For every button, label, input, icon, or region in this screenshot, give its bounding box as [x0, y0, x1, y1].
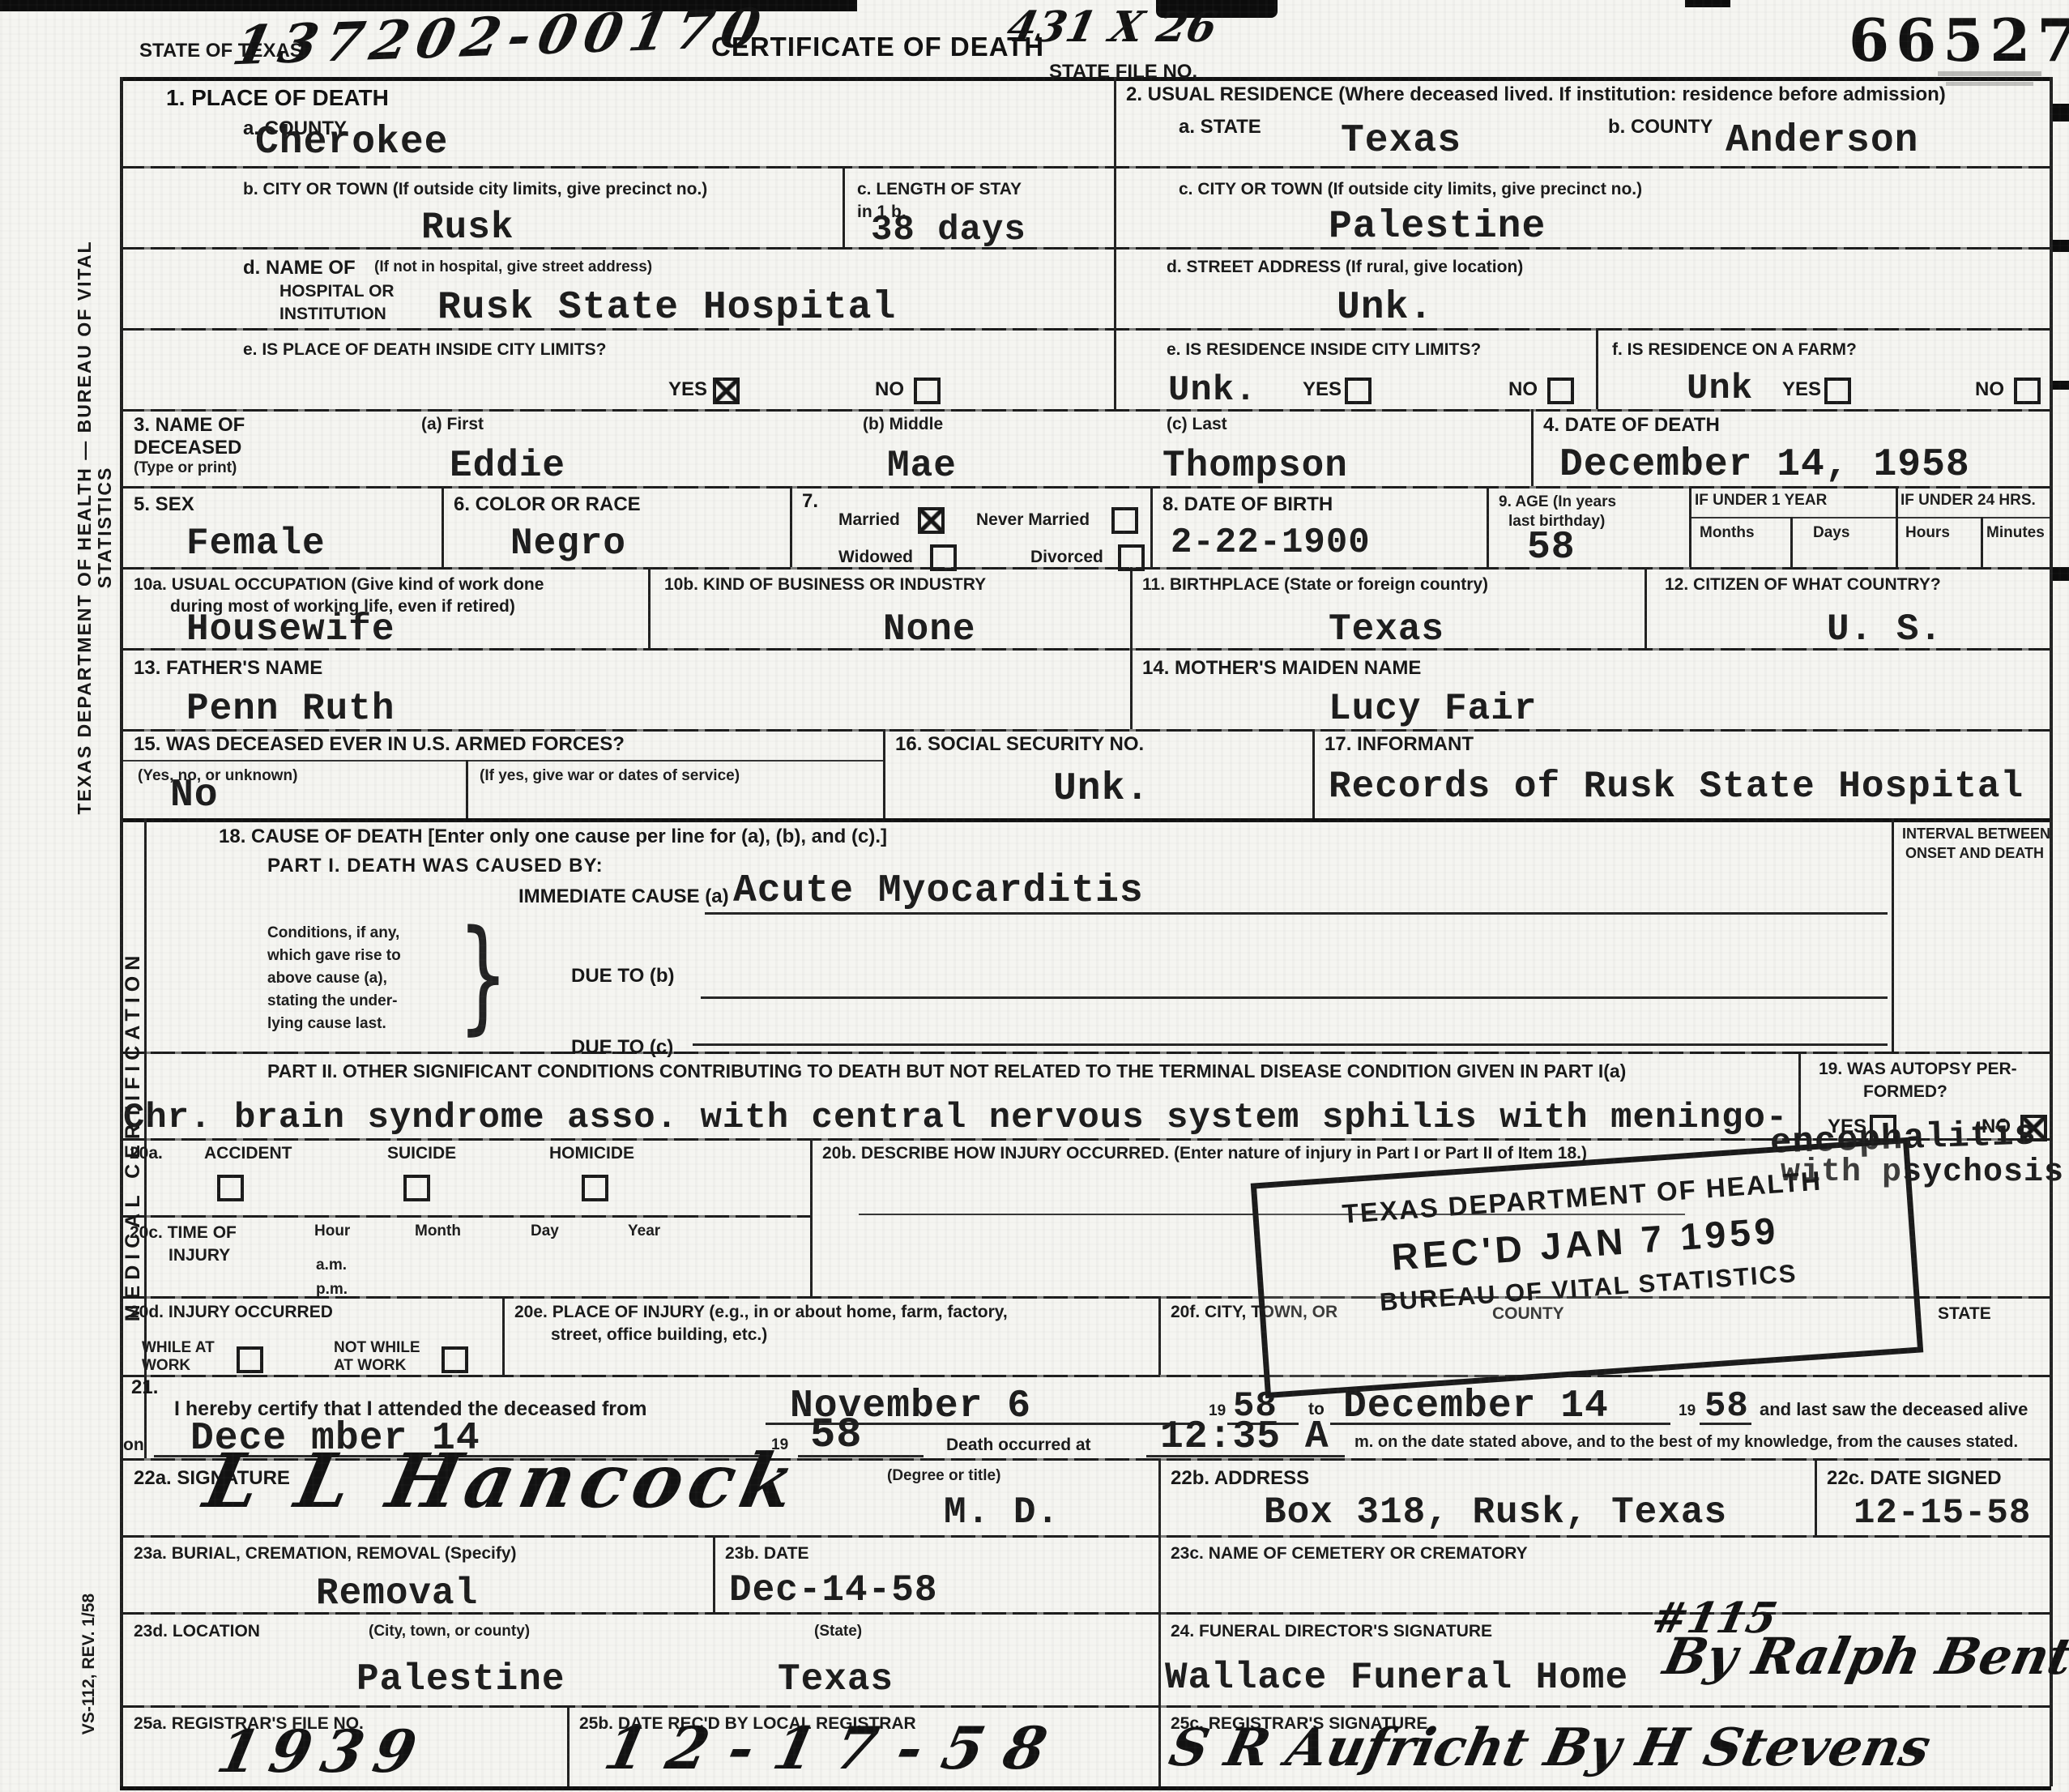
rule: [1645, 567, 1647, 648]
checkbox-not-while-at-work: [442, 1346, 468, 1373]
rule: [1596, 328, 1598, 409]
death-certificate-scan: STATE OF TEXAS 137202-00170 CERTIFICATE …: [0, 0, 2069, 1792]
scan-artifact-right-edge: [2053, 240, 2069, 252]
scan-artifact-smudge: [1946, 82, 2033, 86]
funeral-director-label: 24. FUNERAL DIRECTOR'S SIGNATURE: [1171, 1622, 1492, 1641]
date-signed-value: 12-15-58: [1854, 1495, 2031, 1531]
city-or-town-label: b. CITY OR TOWN (If outside city limits,…: [243, 180, 707, 198]
county-value: Cherokee: [255, 123, 448, 162]
burial-location-sub2: (State): [814, 1623, 862, 1640]
months-label: Months: [1700, 525, 1755, 541]
widowed-label: Widowed: [838, 548, 913, 566]
married-label: Married: [838, 510, 900, 529]
rule: [1531, 409, 1534, 486]
rule: [648, 567, 651, 648]
rule: [120, 818, 2051, 822]
marital-status-label: 7.: [802, 491, 818, 512]
injury-state-label: STATE: [1938, 1304, 1991, 1323]
date-signed-label: 22c. DATE SIGNED: [1827, 1468, 2002, 1489]
rule: [1896, 486, 1898, 567]
physician-signature-script: L L Hancock: [198, 1444, 808, 1518]
due-b-writing-line: [701, 996, 1888, 999]
describe-injury-label: 20b. DESCRIBE HOW INJURY OCCURRED. (Ente…: [822, 1144, 1587, 1163]
am-label: a.m.: [316, 1257, 347, 1274]
residence-city-limits-label: e. IS RESIDENCE INSIDE CITY LIMITS?: [1167, 340, 1481, 359]
part2-value-line1: Chr. brain syndrome asso. with central n…: [123, 1100, 1788, 1136]
scan-artifact-right-edge: [2053, 381, 2069, 390]
checkbox-farm-yes: [1824, 378, 1851, 404]
rule: [120, 1375, 2051, 1377]
rule: [120, 1052, 2051, 1054]
checkbox-homicide: [582, 1175, 608, 1201]
mothers-maiden-name-label: 14. MOTHER'S MAIDEN NAME: [1142, 658, 1421, 679]
rule: [1790, 517, 1793, 567]
scan-artifact-right-edge: [2053, 567, 2069, 581]
first-name-label: (a) First: [421, 415, 484, 433]
last-name-label: (c) Last: [1167, 415, 1227, 433]
certify-text-3: m. on the date stated above, and to the …: [1354, 1434, 2018, 1451]
social-security-value: Unk.: [1053, 770, 1150, 809]
farm-no-label: NO: [1975, 379, 2004, 400]
business-industry-value: None: [883, 611, 975, 648]
part2-label: PART II. OTHER SIGNIFICANT CONDITIONS CO…: [267, 1061, 1626, 1082]
part1-label: PART I. DEATH WAS CAUSED BY:: [267, 855, 604, 877]
place-city-limits-label: e. IS PLACE OF DEATH INSIDE CITY LIMITS?: [243, 340, 606, 359]
age-value: 58: [1527, 528, 1576, 567]
city-or-town-value: Rusk: [421, 209, 514, 246]
degree-or-title-label: (Degree or title): [887, 1468, 1000, 1484]
birthplace-value: Texas: [1329, 611, 1444, 648]
never-married-label: Never Married: [976, 510, 1090, 529]
handwritten-certificate-number: 137202-00170: [228, 1, 773, 73]
residence-county-label: b. COUNTY: [1608, 117, 1713, 138]
armed-forces-label: 15. WAS DECEASED EVER IN U.S. ARMED FORC…: [134, 734, 625, 755]
rule: [1815, 1458, 1817, 1535]
death-time-value: 12:35 A: [1160, 1418, 1329, 1457]
last-seen-year: 58: [810, 1414, 862, 1457]
received-stamp: TEXAS DEPARTMENT OF HEALTH REC'D JAN 7 1…: [1251, 1137, 1924, 1398]
street-address-label: d. STREET ADDRESS (If rural, give locati…: [1167, 258, 1523, 276]
rule: [1158, 1458, 1161, 1535]
residence-city-value: Palestine: [1329, 207, 1546, 246]
name-of-deceased-label: 3. NAME OF: [134, 415, 245, 436]
informant-label: 17. INFORMANT: [1325, 734, 1474, 755]
date-of-death-value: December 14, 1958: [1559, 446, 1970, 484]
physician-address-value: Box 318, Rusk, Texas: [1264, 1494, 1727, 1531]
conditions-note-line: which gave rise to: [267, 948, 401, 964]
checkbox-accident: [217, 1175, 244, 1201]
rule: [502, 1296, 505, 1375]
interval-label2: ONSET AND DEATH: [1905, 846, 2044, 861]
rule: [120, 760, 883, 762]
rule: [2050, 77, 2053, 1786]
checkbox-married-checked: [918, 507, 945, 534]
rule: [1158, 1535, 1161, 1612]
while-at-work-label: WHILE AT: [142, 1340, 215, 1356]
year-prefix: 19: [1679, 1403, 1696, 1419]
birthplace-label: 11. BIRTHPLACE (State or foreign country…: [1142, 575, 1488, 594]
fathers-name-label: 13. FATHER'S NAME: [134, 658, 322, 679]
burial-location-state: Texas: [778, 1661, 894, 1698]
degree-value: M. D.: [944, 1494, 1060, 1531]
residence-limits-no-label: NO: [1508, 379, 1538, 400]
interval-label: INTERVAL BETWEEN: [1902, 826, 2050, 842]
conditions-note-line: Conditions, if any,: [267, 925, 399, 941]
if-under-1-year-label: IF UNDER 1 YEAR: [1695, 493, 1827, 509]
rule: [1158, 1612, 1161, 1705]
cause-of-death-label: 18. CAUSE OF DEATH [Enter only one cause…: [219, 826, 887, 847]
rule: [810, 1138, 813, 1296]
physician-address-label: 22b. ADDRESS: [1171, 1468, 1309, 1489]
length-of-stay-label: c. LENGTH OF STAY: [857, 180, 1022, 198]
rule: [120, 409, 2051, 412]
margin-form-number-text: VS-112, REV. 1/58: [79, 1542, 98, 1786]
first-name-value: Eddie: [450, 447, 565, 484]
informant-value: Records of Rusk State Hospital: [1329, 768, 2024, 805]
rule: [883, 729, 885, 818]
rule: [120, 1138, 2051, 1141]
age-label: 9. AGE (In years: [1499, 494, 1616, 510]
hospital-name-paren: (If not in hospital, give street address…: [374, 259, 652, 275]
death-occurred-label: Death occurred at: [946, 1436, 1091, 1454]
time-of-injury-label2: INJURY: [169, 1246, 230, 1265]
residence-city-label: c. CITY OR TOWN (If outside city limits,…: [1179, 180, 1642, 198]
due-c-writing-line: [693, 1043, 1888, 1046]
conditions-note-line: lying cause last.: [267, 1016, 386, 1032]
month-label: Month: [415, 1223, 461, 1239]
year-label: Year: [628, 1223, 660, 1239]
registrar-signature-script: S R Aufricht By H Stevens: [1165, 1722, 1935, 1774]
rule: [1689, 486, 1691, 567]
days-label: Days: [1813, 525, 1849, 541]
checkbox-suicide: [403, 1175, 430, 1201]
checkbox-divorced: [1118, 544, 1145, 571]
sex-value: Female: [186, 525, 326, 562]
checkbox-farm-no: [2014, 378, 2041, 404]
not-while-at-work-label: NOT WHILE: [334, 1340, 420, 1356]
funeral-director-by-script: By Ralph Benton: [1659, 1632, 2069, 1682]
color-or-race-value: Negro: [510, 525, 626, 562]
armed-forces-value: No: [170, 776, 219, 815]
farm-yes-label: YES: [1782, 379, 1821, 400]
burial-location-city: Palestine: [356, 1661, 565, 1698]
rule: [120, 1215, 810, 1218]
residence-county-value: Anderson: [1726, 122, 1918, 160]
due-to-b-label: DUE TO (b): [571, 966, 675, 987]
burial-location-sub1: (City, town, or county): [369, 1623, 530, 1640]
cemetery-name-label: 23c. NAME OF CEMETERY OR CREMATORY: [1171, 1544, 1528, 1563]
certify-text-2: and last saw the deceased alive: [1760, 1400, 2028, 1419]
day-label: Day: [531, 1223, 559, 1239]
suicide-label: SUICIDE: [387, 1144, 456, 1163]
usual-residence-label: 2. USUAL RESIDENCE (Where deceased lived…: [1126, 84, 1946, 105]
hour-label: Hour: [314, 1223, 350, 1239]
checkbox-place-limits-no: [914, 378, 941, 404]
citizen-country-value: U. S.: [1827, 611, 1943, 648]
accident-label: ACCIDENT: [204, 1144, 292, 1163]
residence-limits-yes-label: YES: [1303, 379, 1342, 400]
hospital-name-value: Rusk State Hospital: [437, 288, 896, 327]
minutes-label: Minutes: [1986, 525, 2045, 541]
rule: [1158, 1705, 1161, 1786]
business-industry-label: 10b. KIND OF BUSINESS OR INDUSTRY: [664, 575, 986, 594]
last-name-value: Thompson: [1162, 447, 1348, 484]
burial-removal-value: Removal: [316, 1575, 478, 1612]
usual-occupation-value: Housewife: [186, 611, 395, 648]
rule: [790, 486, 792, 567]
rule: [466, 760, 468, 818]
fathers-name-value: Penn Ruth: [186, 690, 395, 727]
sex-label: 5. SEX: [134, 494, 194, 515]
checkbox-place-limits-yes-checked: [713, 378, 740, 404]
place-limits-yes-label: YES: [668, 379, 707, 400]
pm-label: p.m.: [316, 1282, 348, 1298]
checkbox-widowed: [930, 544, 957, 571]
place-of-death-label: 1. PLACE OF DEATH: [166, 86, 389, 111]
armed-forces-sub2: (If yes, give war or dates of service): [480, 768, 740, 784]
burial-date-value: Dec-14-58: [729, 1572, 937, 1609]
homicide-label: HOMICIDE: [549, 1144, 634, 1163]
residence-farm-label: f. IS RESIDENCE ON A FARM?: [1612, 340, 1857, 359]
middle-name-label: (b) Middle: [863, 415, 943, 433]
checkbox-while-at-work: [237, 1346, 263, 1373]
rule: [120, 1535, 2051, 1538]
rule: [120, 567, 2051, 570]
rule: [120, 729, 2051, 732]
margin-department-text: TEXAS DEPARTMENT OF HEALTH — BUREAU OF V…: [75, 194, 116, 860]
certify-section-number: 21.: [131, 1377, 158, 1398]
rule: [1892, 818, 1894, 1052]
name-of-deceased-label2: DECEASED: [134, 437, 241, 459]
funeral-home-value: Wallace Funeral Home: [1165, 1659, 1628, 1696]
rule: [1114, 77, 1116, 409]
rule: [1150, 486, 1153, 567]
mothers-maiden-name-value: Lucy Fair: [1329, 690, 1537, 727]
rule: [1689, 517, 2051, 518]
rule: [120, 1705, 2051, 1708]
rule: [120, 166, 2051, 169]
hospital-name-label3: INSTITUTION: [279, 305, 386, 323]
social-security-label: 16. SOCIAL SECURITY NO.: [895, 734, 1144, 755]
burial-removal-label: 23a. BURIAL, CREMATION, REMOVAL (Specify…: [134, 1544, 517, 1563]
on-label: on: [123, 1436, 144, 1454]
checkbox-residence-limits-yes: [1345, 378, 1372, 404]
injury-occurred-label: 20d. INJURY OCCURRED: [130, 1303, 333, 1321]
immediate-cause-value: Acute Myocarditis: [733, 872, 1144, 911]
usual-occupation-label: 10a. USUAL OCCUPATION (Give kind of work…: [134, 575, 544, 594]
rule: [120, 648, 2051, 651]
name-of-deceased-label3: (Type or print): [134, 460, 237, 476]
residence-limits-value: Unk.: [1168, 373, 1257, 408]
rule: [1130, 567, 1133, 729]
date-of-death-label: 4. DATE OF DEATH: [1543, 415, 1720, 436]
autopsy-label2: FORMED?: [1863, 1082, 1947, 1101]
hospital-name-label2: HOSPITAL OR: [279, 282, 395, 301]
if-under-24-hrs-label: IF UNDER 24 HRS.: [1900, 493, 2036, 509]
middle-name-value: Mae: [887, 447, 957, 484]
autopsy-label: 19. WAS AUTOPSY PER-: [1819, 1060, 2017, 1078]
checkbox-never-married: [1111, 507, 1138, 534]
scan-artifact-right-edge: [2053, 104, 2069, 122]
burial-location-label: 23d. LOCATION: [134, 1622, 260, 1641]
divorced-label: Divorced: [1030, 548, 1103, 566]
state-file-no-label: STATE FILE NO.: [1049, 62, 1197, 83]
hours-label: Hours: [1905, 525, 1950, 541]
registrar-file-no-script: 1939: [212, 1722, 433, 1781]
residence-state-value: Texas: [1341, 122, 1461, 160]
not-while-at-work-label2: AT WORK: [334, 1358, 406, 1374]
date-of-birth-value: 2-22-1900: [1171, 525, 1371, 561]
place-of-injury-label2: street, office building, etc.): [551, 1325, 767, 1344]
rule: [442, 486, 444, 567]
brace-glyph: }: [458, 914, 509, 1037]
rule: [1158, 1296, 1161, 1375]
stamped-certificate-number: 66527: [1849, 11, 2069, 70]
rule: [1312, 729, 1315, 818]
due-to-c-label: DUE TO (c): [571, 1037, 673, 1058]
place-limits-no-label: NO: [875, 379, 904, 400]
rule: [120, 1786, 2051, 1790]
length-of-stay-value: 38 days: [871, 212, 1026, 248]
color-or-race-label: 6. COLOR OR RACE: [454, 494, 641, 515]
hospital-name-label: d. NAME OF: [243, 258, 356, 279]
time-of-injury-label: 20c. TIME OF: [130, 1223, 237, 1242]
accident-section-label: 20a.: [130, 1144, 163, 1163]
rule: [713, 1535, 715, 1612]
residence-state-label: a. STATE: [1179, 117, 1261, 138]
attended-to-date: December 14: [1343, 1387, 1609, 1426]
rule: [120, 247, 2051, 250]
citizen-country-label: 12. CITIZEN OF WHAT COUNTRY?: [1665, 575, 1941, 594]
place-of-injury-label: 20e. PLACE OF INJURY (e.g., in or about …: [514, 1303, 1008, 1321]
street-address-value: Unk.: [1337, 288, 1433, 327]
burial-date-label: 23b. DATE: [725, 1544, 808, 1563]
scan-artifact-top-mark: [1685, 0, 1730, 7]
rule: [1487, 486, 1489, 567]
rule: [1981, 517, 1983, 567]
date-received-script: 12-17-58: [599, 1719, 1073, 1777]
rule: [567, 1705, 570, 1786]
conditions-note-line: stating the under-: [267, 993, 397, 1009]
residence-farm-value: Unk: [1687, 371, 1753, 407]
conditions-note-line: above cause (a),: [267, 971, 387, 987]
rule: [120, 328, 2051, 331]
handwritten-file-number: 431 X 26: [1003, 6, 1221, 49]
while-at-work-label2: WORK: [142, 1358, 190, 1374]
date-of-birth-label: 8. DATE OF BIRTH: [1162, 494, 1333, 515]
rule: [843, 166, 845, 247]
immediate-cause-label: IMMEDIATE CAUSE (a): [518, 886, 729, 907]
attended-to-year: 58: [1704, 1389, 1749, 1424]
checkbox-residence-limits-no: [1547, 378, 1574, 404]
